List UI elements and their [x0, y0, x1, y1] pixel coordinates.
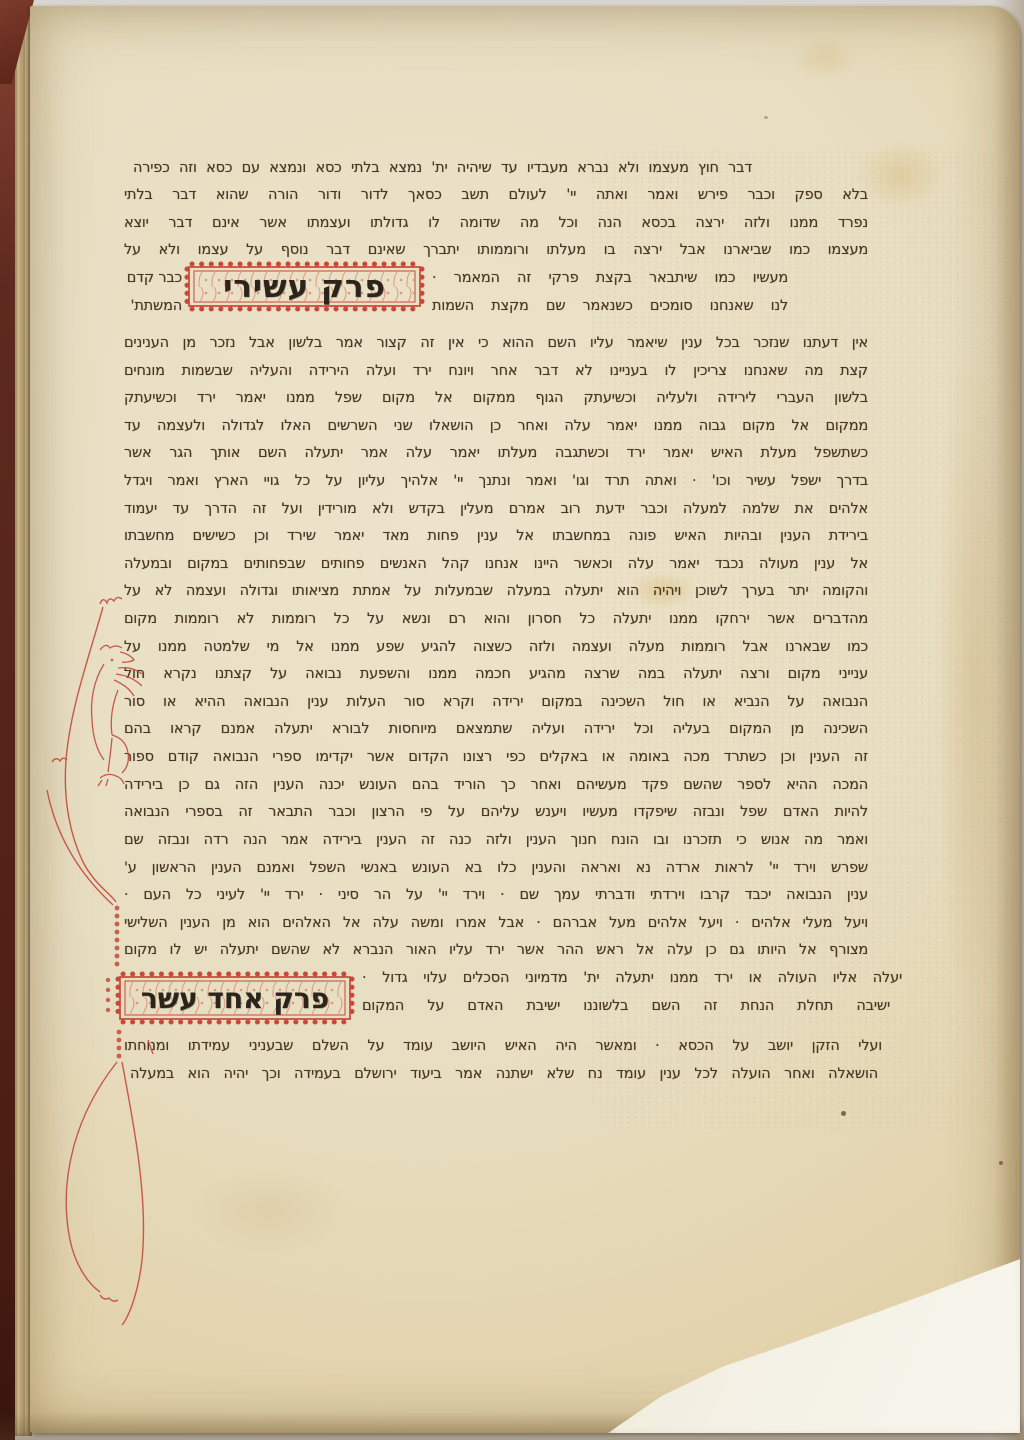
- page-right-shadow: [994, 0, 1024, 1440]
- text-line-1: דבר חוץ מעצמו ולא נברא מעבדיו עד שיהיה י…: [133, 158, 752, 181]
- text-line-31: מצורף אל היותו גם כן עלה אל ראש ההר אשר …: [124, 940, 868, 963]
- text-line-30: ויעל מעלי אלהים · ויעל אלהים מעל אברהם ·…: [124, 913, 868, 936]
- ink-speck: [764, 116, 768, 119]
- text-line-24: זה הענין וכן כשתרד מכה באומה או באקלים כ…: [124, 747, 868, 770]
- chapter-heading-panel-eleven: פרק אחד עשר: [115, 971, 355, 1025]
- text-line-34: ועלי הזקן יושב על הכסא · ומאשר היה האיש …: [124, 1036, 882, 1059]
- text-line-13: כשתשפל מעלת האיש יאמר ירד וכשתגבה מעלתו …: [124, 443, 868, 466]
- text-line-18: והקומה יתר בערך לשוכן ויהיה הוא יתעלה במ…: [124, 581, 868, 604]
- ink-speck: [841, 1111, 846, 1116]
- text-line-25: המכה ההיא לספר שהשם פקד מעשיהם ואחר כך ה…: [124, 775, 868, 798]
- text-line-35: הושאלה ואחר הועלה לכל ענין עומד נח שלא י…: [130, 1064, 878, 1087]
- stain: [780, 28, 870, 88]
- chapter-heading-eleven: פרק אחד עשר: [115, 971, 355, 1025]
- text-line-15: אלהים את שלמה למעלה וכבר ידעת רוב אמרם מ…: [124, 499, 868, 522]
- chapter-heading-ten: פרק עשירי: [184, 261, 425, 312]
- book-binding-edge: [0, 0, 15, 1440]
- text-line-26: להיות האדם שפל ונבזה שיפקדו מעשיו ויענש …: [124, 802, 868, 825]
- text-line-20: כמו שבארנו אבל רוממות מעלה ועצמה ולזה כש…: [124, 637, 868, 660]
- text-line-2: בלא ספק וכבר פירש ואמר ואתה יי' לעולם תש…: [124, 185, 868, 208]
- text-line-17: אל ענין מעולה נכבד יאמר עלה וכאשר היינו …: [124, 554, 868, 577]
- text-line-21: ענייני מקום ורצה יתעלה במה שרצה מהגיע חכ…: [124, 664, 868, 687]
- text-line-16: בירידת הענין ובהיות האיש פונה במחשבתו אל…: [124, 526, 868, 549]
- text-line-11: בלשון העברי לירידה ולעליה וכשיעתק הגוף מ…: [124, 388, 868, 411]
- text-line-27: ואמר מה אנוש כי תזכרנו ובו הונח חנוך הענ…: [124, 830, 868, 853]
- text-line-7: לנו שאנחנו סומכים כשנאמר שם מקצת השמות: [432, 296, 788, 319]
- text-line-14: בדרך ישפל עשיר וכו' · ואתה תרד וגו' ואמר…: [124, 471, 868, 494]
- text-line-28: שפרש וירד יי' לראות ארדה נא ואראה והענין…: [124, 858, 868, 881]
- text-line-4: מעצמו כמו שביארנו אבל ירצה בו מעלתו ורומ…: [124, 240, 868, 263]
- text-line-9: אין דעתנו שנזכר בכל ענין שיאמר עליו השם …: [124, 333, 868, 356]
- text-line-33: ישיבה תחלת הנחת זה השם בלשוננו ישיבת האד…: [362, 996, 890, 1019]
- text-line-5: מעשיו כמו שיתבאר בקצת פרקי זה המאמר ·: [432, 268, 788, 291]
- text-line-12: ממקום אל מקום גבוה ממנו יאמר עלה ואחר כן…: [124, 416, 868, 439]
- stain: [160, 1150, 380, 1270]
- text-line-8: המשתת': [124, 296, 182, 319]
- text-line-3: נפרד ממנו ולזה ירצה בכסא הנה וכל מה שדומ…: [124, 213, 868, 236]
- text-line-19: מהדברים אשר ירחקו ממנו יתעלה כל חסרון וה…: [124, 609, 868, 632]
- manuscript-photo: דבר חוץ מעצמו ולא נברא מעבדיו עד שיהיה י…: [0, 0, 1024, 1440]
- text-line-23: השכינה מן המקום בעליה וכל ירידה ועליה שת…: [124, 719, 868, 742]
- text-line-32: יעלה אליו העולה או ירד ממנו יתעלה ית' מד…: [362, 968, 902, 991]
- chapter-heading-panel-ten: פרק עשירי: [184, 261, 425, 312]
- text-line-6: כבר קדם: [124, 268, 182, 291]
- text-line-22: הנבואה על הנביא או חול השכינה במקום יריד…: [124, 692, 868, 715]
- text-line-10: קצת מה שאנחנו צריכין לו בעניינו לא דבר א…: [124, 361, 868, 384]
- text-line-29: ענין הנבואה יכבד קרבו וירדתי ודברתי עמך …: [124, 885, 868, 908]
